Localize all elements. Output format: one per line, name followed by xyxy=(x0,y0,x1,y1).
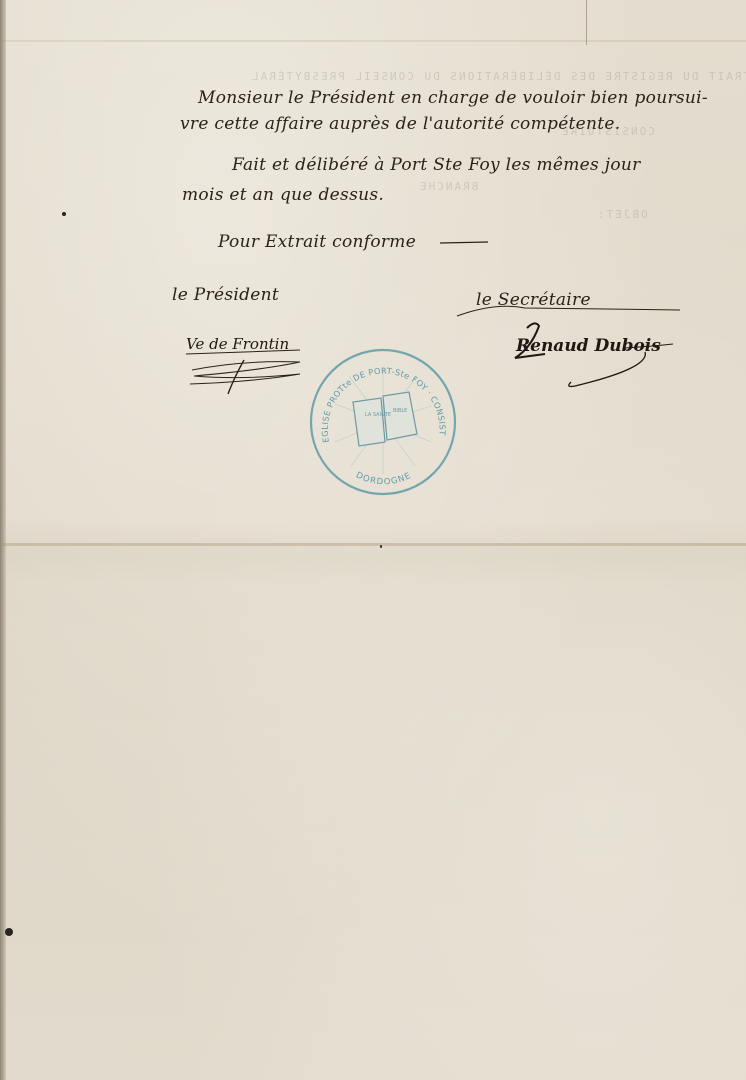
fold-line-middle xyxy=(0,543,746,546)
secretary-paraph-icon xyxy=(505,318,685,393)
svg-text:BIBLE: BIBLE xyxy=(393,408,407,414)
ink-spot xyxy=(380,545,382,548)
show-through-objet: OBJET: xyxy=(596,208,648,221)
svg-text:DORDOGNE: DORDOGNE xyxy=(354,470,413,487)
tear-mark xyxy=(586,0,587,45)
body-line-2: vre cette affaire auprès de l'autorité c… xyxy=(180,114,621,134)
svg-text:LA SAINTE: LA SAINTE xyxy=(365,412,391,418)
president-paraph-icon xyxy=(182,348,312,398)
ink-spot xyxy=(5,928,13,936)
body-line-4: mois et an que dessus. xyxy=(182,185,384,205)
page-edge xyxy=(0,0,6,1080)
show-through-header: EXTRAIT DU REGISTRE DES DÉLIBÉRATIONS DU… xyxy=(250,70,746,83)
president-label: le Président xyxy=(172,285,279,305)
show-through-branche: BRANCHE xyxy=(418,180,478,193)
stamp-dordogne-text: DORDOGNE xyxy=(354,470,413,487)
document-page: EXTRAIT DU REGISTRE DES DÉLIBÉRATIONS DU… xyxy=(0,0,746,1080)
open-bible-icon: LA SAINTE BIBLE xyxy=(353,392,417,446)
consistory-stamp: LA SAINTE BIBLE EGLISE PROTte DE PORT-St… xyxy=(307,346,459,498)
body-line-3: Fait et délibéré à Port Ste Foy les même… xyxy=(232,155,641,175)
secretary-underline xyxy=(455,290,685,320)
ink-spot xyxy=(62,212,66,216)
fold-line-top xyxy=(0,40,746,42)
body-line-1: Monsieur le Président en charge de voulo… xyxy=(198,88,708,108)
extract-underline xyxy=(440,238,490,248)
extract-conforme: Pour Extrait conforme xyxy=(218,232,416,252)
